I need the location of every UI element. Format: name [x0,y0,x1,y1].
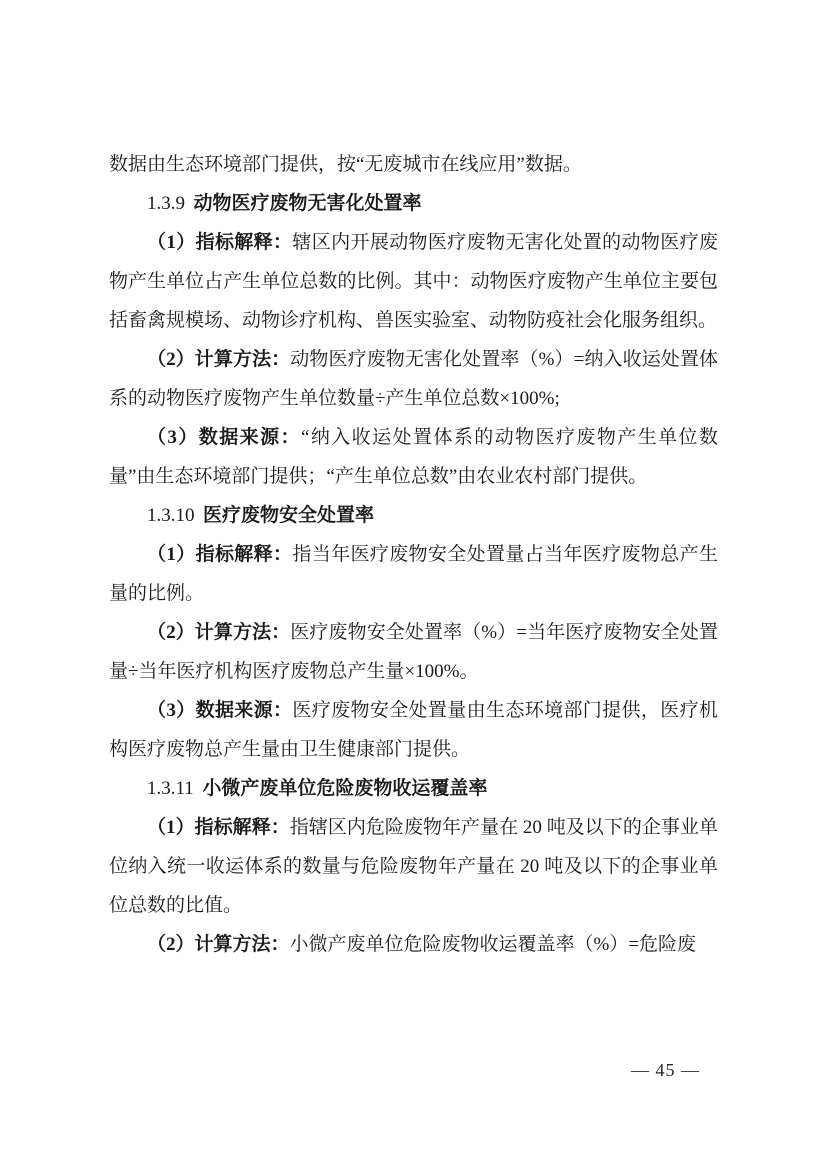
section-title: 动物医疗废物无害化处置率 [194,193,422,214]
section-title: 小微产废单位危险废物收运覆盖率 [202,778,487,799]
paragraph: （1）指标解释：辖区内开展动物医疗废物无害化处置的动物医疗废物产生单位占产生单位… [109,223,718,340]
section-title: 医疗废物安全处置率 [203,505,374,526]
paragraph: （3）数据来源：医疗废物安全处置量由生态环境部门提供，医疗机构医疗废物总产生量由… [109,691,718,769]
paragraph: （2）计算方法：小微产废单位危险废物收运覆盖率（%）=危险废 [109,925,718,964]
paragraph-label: （1）指标解释： [147,544,292,565]
section-heading: 1.3.9动物医疗废物无害化处置率 [109,184,718,223]
paragraph: （1）指标解释：指当年医疗废物安全处置量占当年医疗废物总产生量的比例。 [109,535,718,613]
paragraph-label: （1）指标解释： [147,817,290,838]
paragraph: （1）指标解释：指辖区内危险废物年产量在 20 吨及以下的企事业单位纳入统一收运… [109,808,718,925]
paragraph-label: （3）数据来源： [147,700,292,721]
section-number: 1.3.10 [147,505,195,526]
paragraph-text: 数据由生态环境部门提供，按“无废城市在线应用”数据。 [109,154,582,175]
paragraph-label: （1）指标解释： [147,232,292,253]
page-number: — 45 — [631,1060,700,1080]
paragraph-label: （2）计算方法： [147,349,290,370]
paragraph: （2）计算方法：医疗废物安全处置率（%）=当年医疗废物安全处置量÷当年医疗机构医… [109,613,718,691]
document-content: 数据由生态环境部门提供，按“无废城市在线应用”数据。1.3.9动物医疗废物无害化… [109,145,718,964]
page-footer: — 45 — [0,1058,700,1082]
paragraph-text: 小微产废单位危险废物收运覆盖率（%）=危险废 [290,934,697,955]
paragraph: （2）计算方法：动物医疗废物无害化处置率（%）=纳入收运处置体系的动物医疗废物产… [109,340,718,418]
section-number: 1.3.11 [147,778,194,799]
paragraph-label: （3）数据来源： [147,427,301,448]
paragraph: （3）数据来源：“纳入收运处置体系的动物医疗废物产生单位数量”由生态环境部门提供… [109,418,718,496]
paragraph-label: （2）计算方法： [147,622,290,643]
document-page: 数据由生态环境部门提供，按“无废城市在线应用”数据。1.3.9动物医疗废物无害化… [0,0,826,1169]
section-number: 1.3.9 [147,193,185,214]
paragraph-continuation: 数据由生态环境部门提供，按“无废城市在线应用”数据。 [109,145,718,184]
section-heading: 1.3.10医疗废物安全处置率 [109,496,718,535]
section-heading: 1.3.11小微产废单位危险废物收运覆盖率 [109,769,718,808]
paragraph-label: （2）计算方法： [147,934,290,955]
